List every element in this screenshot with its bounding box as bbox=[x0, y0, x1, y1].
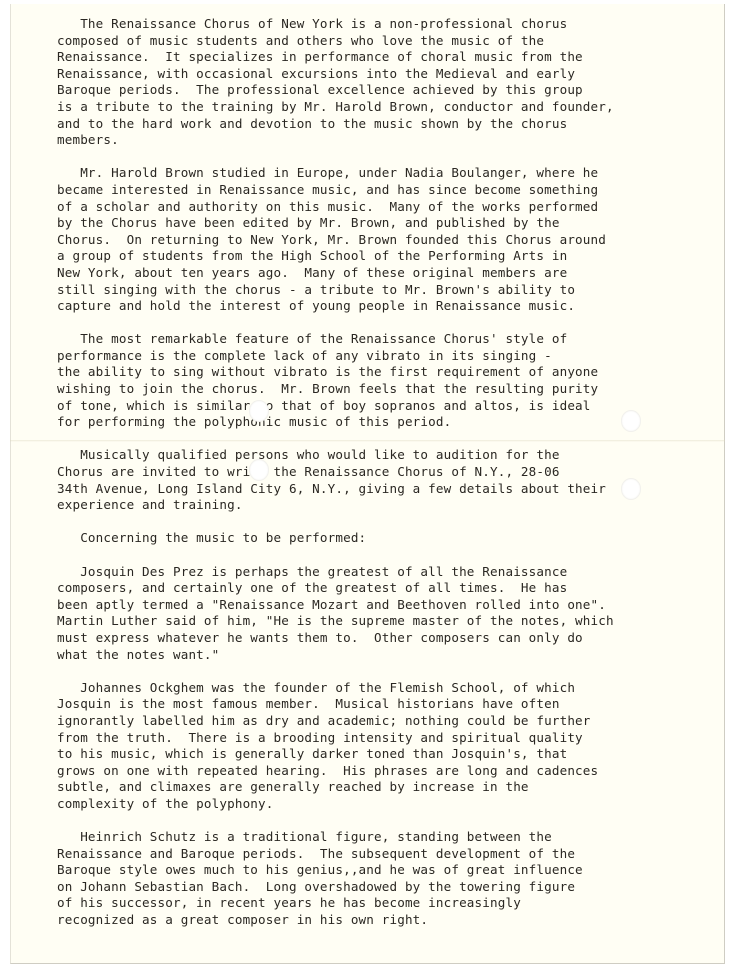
text-line: for performing the polyphonic music of t… bbox=[57, 414, 717, 431]
punch-hole bbox=[621, 478, 641, 500]
text-line: composers, and certainly one of the grea… bbox=[57, 580, 717, 597]
text-line: subtle, and climaxes are generally reach… bbox=[57, 779, 717, 796]
text-line: The Renaissance Chorus of New York is a … bbox=[57, 16, 717, 33]
text-line: Baroque periods. The professional excell… bbox=[57, 82, 717, 99]
text-line: The most remarkable feature of the Renai… bbox=[57, 331, 717, 348]
text-line: and to the hard work and devotion to the… bbox=[57, 116, 717, 133]
text-line: composed of music students and others wh… bbox=[57, 33, 717, 50]
text-line: wishing to join the chorus. Mr. Brown fe… bbox=[57, 381, 717, 398]
text-line: New York, about ten years ago. Many of t… bbox=[57, 265, 717, 282]
paragraph: The most remarkable feature of the Renai… bbox=[57, 331, 717, 431]
text-line: is a tribute to the training by Mr. Haro… bbox=[57, 99, 717, 116]
text-line: capture and hold the interest of young p… bbox=[57, 298, 717, 315]
text-line: of tone, which is similar to that of boy… bbox=[57, 398, 717, 415]
text-line: by the Chorus have been edited by Mr. Br… bbox=[57, 215, 717, 232]
text-line: Musically qualified persons who would li… bbox=[57, 447, 717, 464]
paragraph: Mr. Harold Brown studied in Europe, unde… bbox=[57, 165, 717, 314]
paragraph: Johannes Ockghem was the founder of the … bbox=[57, 680, 717, 813]
punch-hole bbox=[621, 410, 641, 432]
text-line: complexity of the polyphony. bbox=[57, 796, 717, 813]
text-line: recognized as a great composer in his ow… bbox=[57, 912, 717, 929]
text-line: from the truth. There is a brooding inte… bbox=[57, 730, 717, 747]
text-line: Renaissance. It specializes in performan… bbox=[57, 49, 717, 66]
text-line: must express whatever he wants them to. … bbox=[57, 630, 717, 647]
text-line: Josquin Des Prez is perhaps the greatest… bbox=[57, 564, 717, 581]
punch-hole bbox=[249, 459, 269, 481]
text-line: Martin Luther said of him, "He is the su… bbox=[57, 613, 717, 630]
text-line: Chorus are invited to write the Renaissa… bbox=[57, 464, 717, 481]
text-line: the ability to sing without vibrato is t… bbox=[57, 364, 717, 381]
paragraph: The Renaissance Chorus of New York is a … bbox=[57, 16, 717, 149]
text-line: Johannes Ockghem was the founder of the … bbox=[57, 680, 717, 697]
text-line: ignorantly labelled him as dry and acade… bbox=[57, 713, 717, 730]
text-line: performance is the complete lack of any … bbox=[57, 348, 717, 365]
punch-hole bbox=[249, 400, 269, 422]
text-line: Josquin is the most famous member. Music… bbox=[57, 696, 717, 713]
text-line: Heinrich Schutz is a traditional figure,… bbox=[57, 829, 717, 846]
paragraph: Concerning the music to be performed: bbox=[57, 530, 717, 547]
text-line: of his successor, in recent years he has… bbox=[57, 895, 717, 912]
paragraph: Heinrich Schutz is a traditional figure,… bbox=[57, 829, 717, 929]
document-body: The Renaissance Chorus of New York is a … bbox=[57, 16, 717, 945]
text-line: became interested in Renaissance music, … bbox=[57, 182, 717, 199]
text-line: Baroque style owes much to his genius,,a… bbox=[57, 862, 717, 879]
paper-fold-line bbox=[10, 440, 725, 442]
text-line: members. bbox=[57, 132, 717, 149]
paragraph: Josquin Des Prez is perhaps the greatest… bbox=[57, 564, 717, 664]
paragraph: Musically qualified persons who would li… bbox=[57, 447, 717, 513]
text-line: a group of students from the High School… bbox=[57, 248, 717, 265]
text-line: been aptly termed a "Renaissance Mozart … bbox=[57, 597, 717, 614]
text-line: Concerning the music to be performed: bbox=[57, 530, 717, 547]
text-line: Mr. Harold Brown studied in Europe, unde… bbox=[57, 165, 717, 182]
text-line: experience and training. bbox=[57, 497, 717, 514]
text-line: grows on one with repeated hearing. His … bbox=[57, 763, 717, 780]
document-page: The Renaissance Chorus of New York is a … bbox=[10, 4, 725, 964]
text-line: Renaissance and Baroque periods. The sub… bbox=[57, 846, 717, 863]
text-line: on Johann Sebastian Bach. Long overshado… bbox=[57, 879, 717, 896]
text-line: Chorus. On returning to New York, Mr. Br… bbox=[57, 232, 717, 249]
text-line: still singing with the chorus - a tribut… bbox=[57, 282, 717, 299]
text-line: to his music, which is generally darker … bbox=[57, 746, 717, 763]
text-line: of a scholar and authority on this music… bbox=[57, 199, 717, 216]
text-line: Renaissance, with occasional excursions … bbox=[57, 66, 717, 83]
text-line: 34th Avenue, Long Island City 6, N.Y., g… bbox=[57, 481, 717, 498]
text-line: what the notes want." bbox=[57, 647, 717, 664]
